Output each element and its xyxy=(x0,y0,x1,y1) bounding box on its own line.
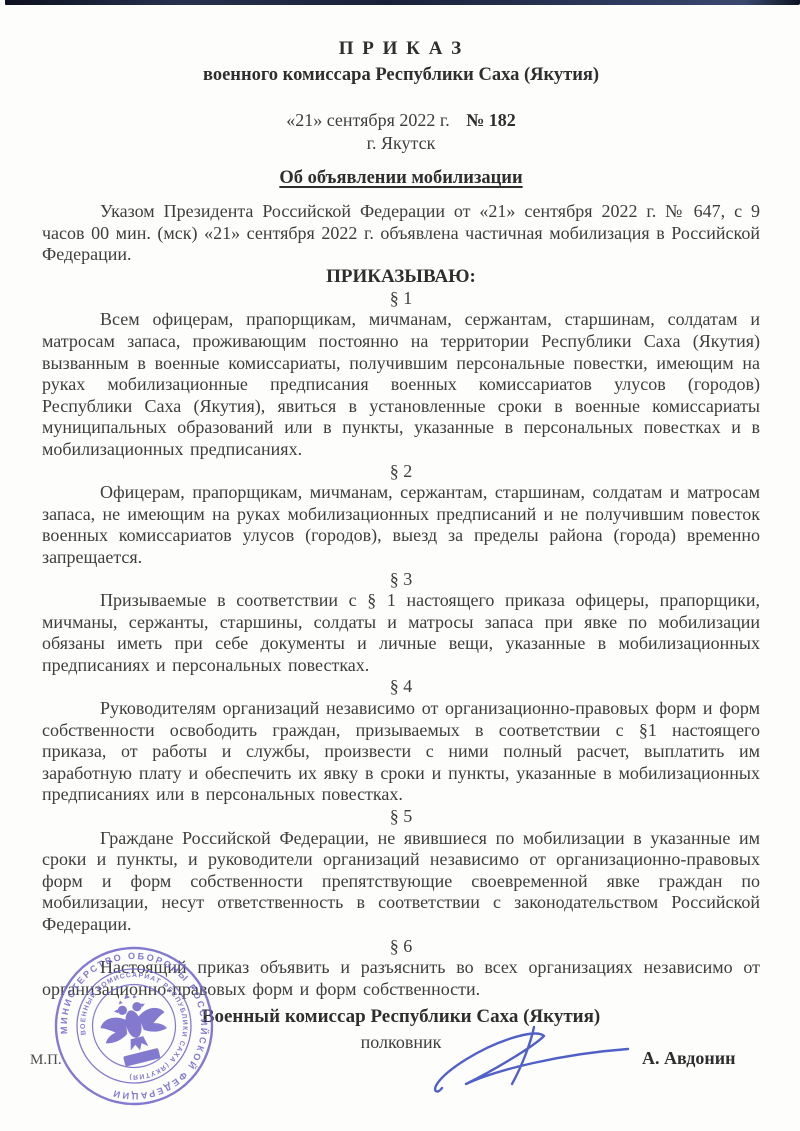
section-text: Офицерам, прапорщикам, мичманам, сержант… xyxy=(42,482,760,568)
document-city: г. Якутск xyxy=(42,133,760,154)
scanned-order-document: П Р И К А З военного комиссара Республик… xyxy=(0,0,800,1131)
official-round-stamp: МИНИСТЕРСТВО ОБОРОНЫ РОССИЙСКОЙ ФЕДЕРАЦИ… xyxy=(50,942,218,1110)
section-text: Всем офицерам, прапорщикам, мичманам, се… xyxy=(42,309,760,460)
signer-name: А. Авдонин xyxy=(642,1048,736,1069)
section-1: § 1 Всем офицерам, прапорщикам, мичманам… xyxy=(42,288,760,461)
document-title: П Р И К А З xyxy=(42,38,760,60)
order-word: ПРИКАЗЫВАЮ: xyxy=(42,266,760,288)
section-label: § 4 xyxy=(42,676,760,698)
subject-text: Об объявлении мобилизации xyxy=(279,168,522,188)
intro-paragraph: Указом Президента Российской Федерации о… xyxy=(42,201,760,266)
document-number: № 182 xyxy=(466,110,516,130)
section-label: § 5 xyxy=(42,806,760,828)
section-text: Руководителям организаций независимо от … xyxy=(42,698,760,806)
section-label: § 2 xyxy=(42,461,760,483)
section-2: § 2 Офицерам, прапорщикам, мичманам, сер… xyxy=(42,461,760,569)
section-3: § 3 Призываемые в соответствии с § 1 нас… xyxy=(42,569,760,677)
document-body: П Р И К А З военного комиссара Республик… xyxy=(42,38,760,1000)
date-and-number-line: «21» сентября 2022 г. № 182 xyxy=(42,110,760,131)
section-label: § 1 xyxy=(42,288,760,310)
stamp-banner-rect xyxy=(123,1048,160,1067)
scan-edge-artifact xyxy=(5,0,800,5)
document-subtitle: военного комиссара Республики Саха (Якут… xyxy=(42,65,760,86)
double-headed-eagle-icon xyxy=(94,986,175,1070)
section-text: Призываемые в соответствии с § 1 настоящ… xyxy=(42,590,760,676)
document-subject: Об объявлении мобилизации xyxy=(42,168,760,189)
handwritten-signature xyxy=(428,1024,643,1102)
section-5: § 5 Граждане Российской Федерации, не яв… xyxy=(42,806,760,936)
section-4: § 4 Руководителям организаций независимо… xyxy=(42,676,760,806)
section-text: Граждане Российской Федерации, не явивши… xyxy=(42,828,760,936)
document-date: «21» сентября 2022 г. xyxy=(286,110,450,130)
section-label: § 3 xyxy=(42,569,760,591)
